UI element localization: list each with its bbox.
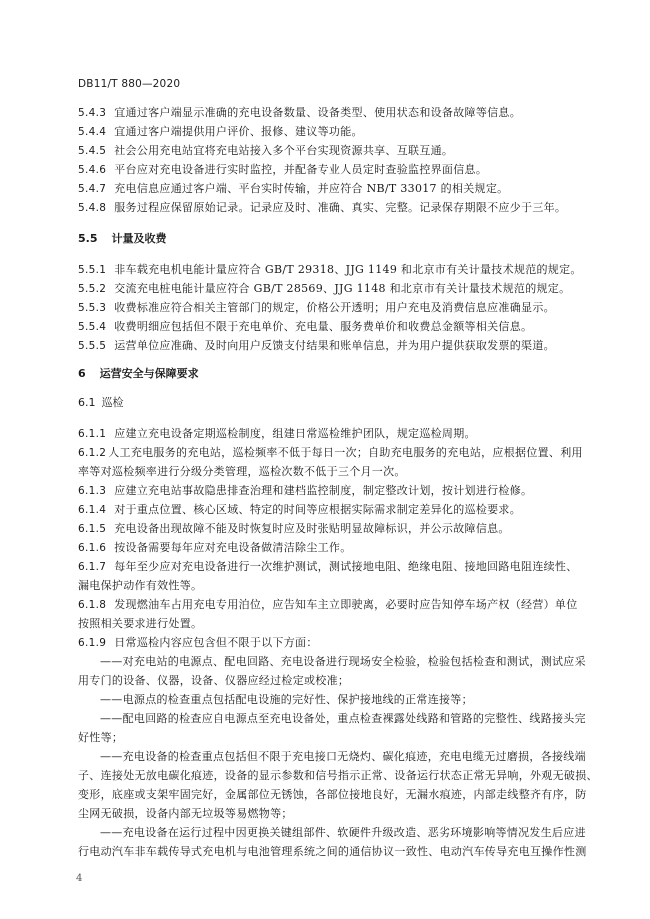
document-id-header: DB11/T 880—2020: [78, 78, 180, 90]
clause-6-1-6: 6.1.6按设备需要每年应对充电设备做清洁除尘工作。: [78, 539, 352, 555]
chapter-heading-6: 6运营安全与保障要求: [78, 365, 199, 381]
clause-6-1-1: 6.1.1应建立充电设备定期巡检制度，组建日常巡检维护团队，规定巡检周期。: [78, 425, 476, 441]
clause-5-5-4: 5.5.4收费明细应包括但不限于充电单价、充电量、服务费单价和收费总金额等相关信…: [78, 318, 532, 334]
section-heading-6-1: 6.1巡检: [78, 394, 124, 410]
clause-5-5-3: 5.5.3收费标准应符合相关主管部门的规定，价格公开透明；用户充电及消费信息应准…: [78, 299, 555, 315]
inspection-item-5-continuation: 行电动汽车非车载传导式充电机与电池管理系统之间的通信协议一致性、电动汽车传导充电…: [78, 843, 587, 859]
clause-5-4-4: 5.4.4宜通过客户端提供用户评价、报修、建议等功能。: [78, 123, 363, 139]
clause-6-1-2-continuation: 率等对巡检频率进行分级分类管理，巡检次数不低于三个月一次。: [78, 463, 406, 479]
inspection-item-5: ——充电设备在运行过程中因更换关键组部件、软硬件升级改造、恶劣环境影响等情况发生…: [100, 824, 586, 840]
clause-6-1-7: 6.1.7每年至少应对充电设备进行一次维护测试，测试接地电阻、绝缘电阻、接地回路…: [78, 558, 578, 574]
clause-5-4-8: 5.4.8服务过程应保留原始记录。记录应及时、准确、真实、完整。记录保存期限不应…: [78, 199, 566, 215]
inspection-item-3-continuation: 好性等；: [78, 729, 123, 745]
clause-6-1-7-continuation: 漏电保护动作有效性等。: [78, 577, 202, 593]
clause-6-1-2: 6.1.2人工充电服务的充电站，巡检频率不低于每日一次；自助充电服务的充电站，应…: [78, 444, 583, 460]
inspection-item-1-continuation: 用专门的设备、仪器，设备、仪器应经过检定或校准；: [78, 672, 349, 688]
inspection-item-1: ——对充电站的电源点、配电回路、充电设备进行现场安全检验，检验包括检查和测试，测…: [100, 653, 586, 669]
clause-5-5-1: 5.5.1非车载充电机电能计量应符合 GB/T 29318、JJG 1149 和…: [78, 261, 582, 277]
page-number: 4: [76, 873, 82, 884]
clause-5-5-2: 5.5.2交流充电桩电能计量应符合 GB/T 28569、JJG 1148 和北…: [78, 280, 570, 296]
clause-6-1-8-continuation: 按照相关要求进行处置。: [78, 615, 202, 631]
clause-6-1-8: 6.1.8发现燃油车占用充电专用泊位，应告知车主立即驶离，必要时应告知停车场产权…: [78, 596, 578, 612]
clause-5-4-6: 5.4.6平台应对充电设备进行实时监控，并配备专业人员定时查验监控界面信息。: [78, 161, 487, 177]
clause-6-1-4: 6.1.4对于重点位置、核心区域、特定的时间等应根据实际需求制定差异化的巡检要求…: [78, 501, 521, 517]
section-heading-5-5: 5.5计量及收费: [78, 230, 167, 246]
inspection-item-4: ——充电设备的检查重点包括但不限于充电接口无烧灼、碳化痕迹，充电电缆无过磨损，各…: [100, 748, 586, 764]
clause-6-1-5: 6.1.5充电设备出现故障不能及时恢复时应及时张贴明显故障标识，并公示故障信息。: [78, 520, 510, 536]
inspection-item-4-continuation-3: 尘网无破损，设备内部无垃圾等易燃物等；: [78, 805, 293, 821]
clause-5-5-5: 5.5.5运营单位应准确、及时向用户反馈支付结果和账单信息，并为用户提供获取发票…: [78, 337, 555, 353]
clause-6-1-9: 6.1.9日常巡检内容应包含但不限于以下方面：: [78, 634, 318, 650]
clause-5-4-3: 5.4.3宜通过客户端显示准确的充电设备数量、设备类型、使用状态和设备故障等信息…: [78, 104, 521, 120]
inspection-item-4-continuation-1: 子、连接处无放电碳化痕迹，设备的显示参数和信号指示正常、设备运行状态正常无异响，…: [78, 767, 598, 783]
clause-5-4-7: 5.4.7充电信息应通过客户端、平台实时传输，并应符合 NB/T 33017 的…: [78, 180, 508, 196]
clause-6-1-3: 6.1.3应建立充电站事故隐患排查治理和建档监控制度，制定整改计划，按计划进行检…: [78, 482, 532, 498]
inspection-item-3: ——配电回路的检查应自电源点至充电设备处，重点检查裸露处线路和管路的完整性、线路…: [100, 710, 586, 726]
clause-5-4-5: 5.4.5社会公用充电站宜将充电站接入多个平台实现资源共享、互联互通。: [78, 142, 453, 158]
inspection-item-4-continuation-2: 变形，底座或支架牢固完好，金属部位无锈蚀，各部位接地良好，无漏水痕迹，内部走线整…: [78, 786, 587, 802]
inspection-item-2: ——电源点的检查重点包括配电设施的完好性、保护接地线的正常连接等；: [100, 691, 473, 707]
